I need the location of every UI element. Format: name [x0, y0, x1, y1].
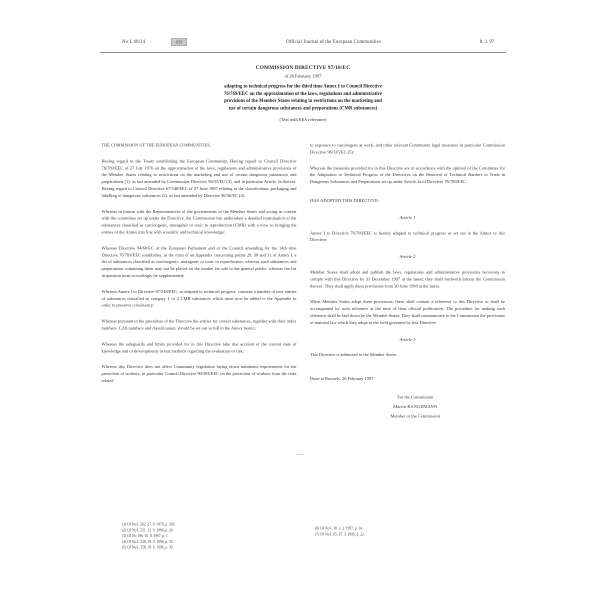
- recitals-paragraph: Whereas the safeguards and limits provid…: [102, 341, 297, 355]
- header-rule: [100, 52, 506, 53]
- recitals-paragraph: Having regard to the Treaty establishing…: [102, 158, 297, 199]
- article-2-text: When Member States adopt these provision…: [310, 299, 505, 327]
- recitals-paragraph: Whereas in liaison with the Representati…: [102, 208, 297, 236]
- subtitle-line: provisions of the Member States relating…: [135, 98, 471, 105]
- footnote: (6) OJ No L 30, 1. 2. 1997, p. 14.: [315, 526, 365, 532]
- enacting-formula: HAS ADOPTED THIS DIRECTIVE:: [310, 197, 505, 204]
- header-date: 8. 3. 97: [480, 40, 494, 45]
- article-3-heading: Article 3: [310, 336, 505, 343]
- article-2-heading: Article 2: [310, 254, 505, 261]
- page-content: No L 68/24 EN Official Journal of the Eu…: [0, 0, 600, 600]
- subtitle-line: 76/769/EEC on the approximation of the l…: [135, 90, 471, 97]
- issue-number: No L 68/24: [122, 40, 145, 45]
- recitals-paragraph: Whereas Directive 94/60/EC of the Europe…: [102, 245, 297, 279]
- done-at-line: Done at Brussels, 26 February 1997.: [310, 376, 505, 383]
- signature-block: For the Commission Martin BANGEMANN Memb…: [341, 392, 489, 421]
- article-3-text: This Directive is addressed to the Membe…: [310, 352, 505, 359]
- journal-title: Official Journal of the European Communi…: [187, 40, 480, 45]
- subtitle-line: use of certain dangerous substances and …: [135, 105, 471, 112]
- recitals-paragraph: Whereas the measures provided for in thi…: [310, 165, 505, 186]
- right-column: to exposure to carcinogens at work, and …: [310, 142, 505, 421]
- article-1-text: Annex I to Directive 76/769/EEC is hereb…: [310, 230, 505, 244]
- footnotes-right-column: (6) OJ No L 30, 1. 2. 1997, p. 14. (7) O…: [315, 526, 365, 538]
- end-of-text-mark: —: [0, 450, 600, 458]
- journal-header: No L 68/24 EN Official Journal of the Eu…: [122, 38, 494, 46]
- directive-date-line: of 26 February 1997: [135, 74, 471, 79]
- eea-relevance-note: (Text with EEA relevance): [135, 117, 471, 122]
- scanned-document-page: No L 68/24 EN Official Journal of the Eu…: [0, 0, 600, 600]
- article-2-text: Member States shall adopt and publish th…: [310, 269, 505, 290]
- directive-subtitle: adapting to technical progress for the t…: [135, 83, 471, 112]
- subtitle-line: adapting to technical progress for the t…: [135, 83, 471, 90]
- footnotes-left-column: (1) OJ No L 262, 27. 9. 1976, p. 201. (2…: [122, 522, 175, 551]
- directive-title: COMMISSION DIRECTIVE 97/10/EC: [135, 65, 471, 71]
- recitals-paragraph: to exposure to carcinogens at work, and …: [310, 142, 505, 156]
- language-badge: EN: [171, 38, 187, 46]
- footnote: (1) OJ No L 262, 27. 9. 1976, p. 201.: [122, 522, 175, 528]
- signature-name: Martin BANGEMANN: [341, 402, 489, 412]
- footnote: (5) OJ No L 158, 18. 6. 1996, p. 30.: [122, 545, 175, 551]
- recitals-paragraph: Whereas Annex I to Directive 67/548/EEC,…: [102, 288, 297, 309]
- recitals-paragraph: Whereas pursuant to the procedure of the…: [102, 318, 297, 332]
- signature-for-line: For the Commission: [341, 392, 489, 402]
- opening-line: THE COMMISSION OF THE EUROPEAN COMMUNITI…: [102, 142, 297, 149]
- left-column: THE COMMISSION OF THE EUROPEAN COMMUNITI…: [102, 142, 297, 393]
- recitals-paragraph: Whereas this Directive does not affect C…: [102, 364, 297, 385]
- article-1-heading: Article 1: [310, 214, 505, 221]
- signature-role: Member of the Commission: [341, 411, 489, 421]
- title-block: COMMISSION DIRECTIVE 97/10/EC of 26 Febr…: [135, 65, 471, 122]
- footnote: (7) OJ No L 65, 15. 3. 1996, p. 22.: [315, 532, 365, 538]
